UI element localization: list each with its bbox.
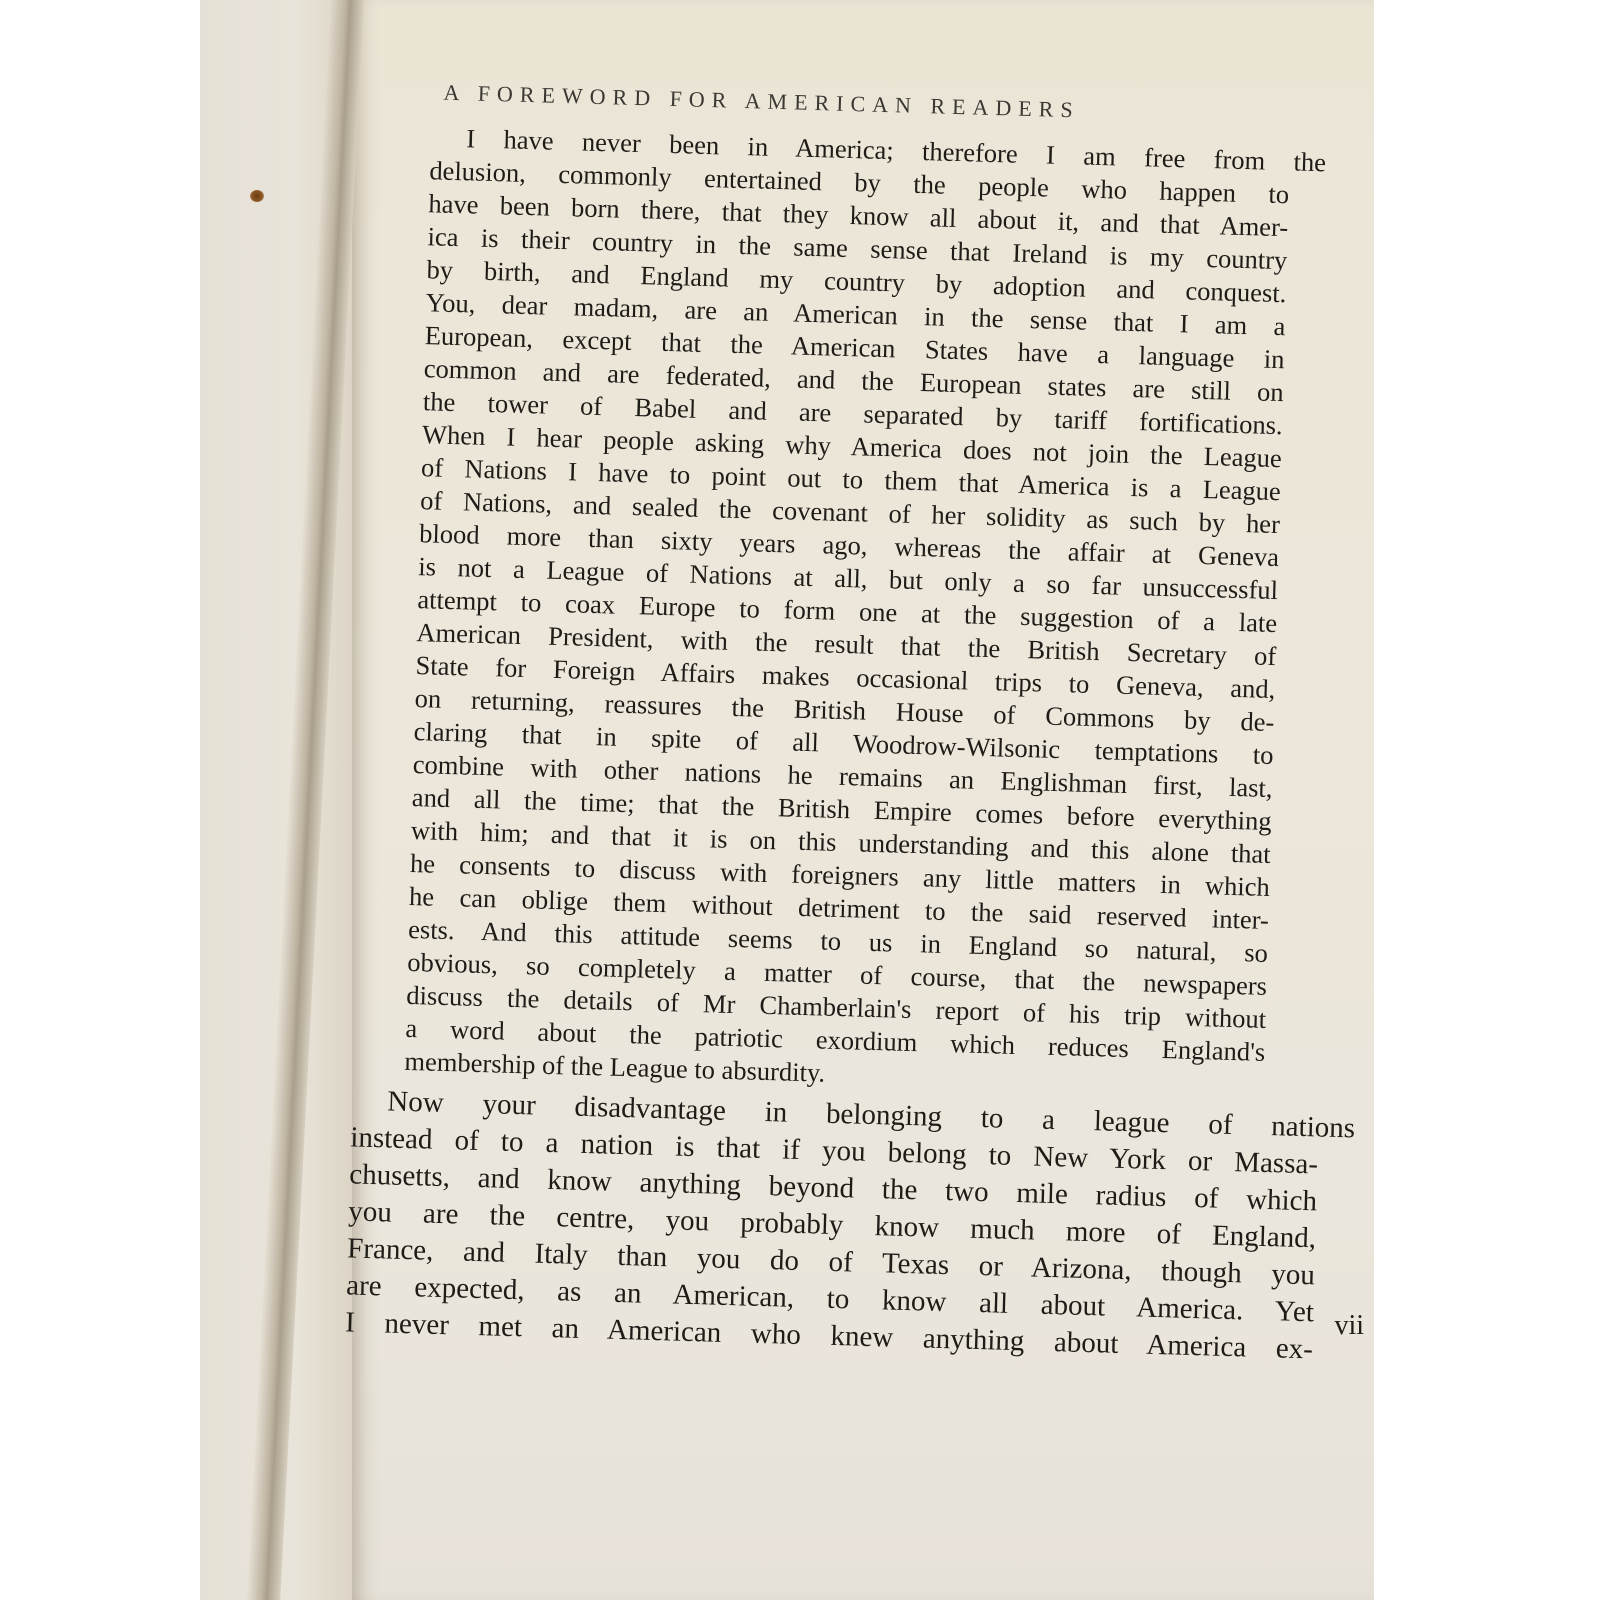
book-photo: A FOREWORD FOR AMERICAN READERS I have n… [0,0,1600,1600]
page-number: vii [1334,1310,1364,1342]
paragraph-1: I have never been in America; therefore … [358,120,1344,1103]
foxing-spot [250,190,264,202]
page-text-block: A FOREWORD FOR AMERICAN READERS I have n… [351,78,1346,1368]
paragraph-2: Now your disadvantage in belonging to a … [351,1083,1318,1369]
